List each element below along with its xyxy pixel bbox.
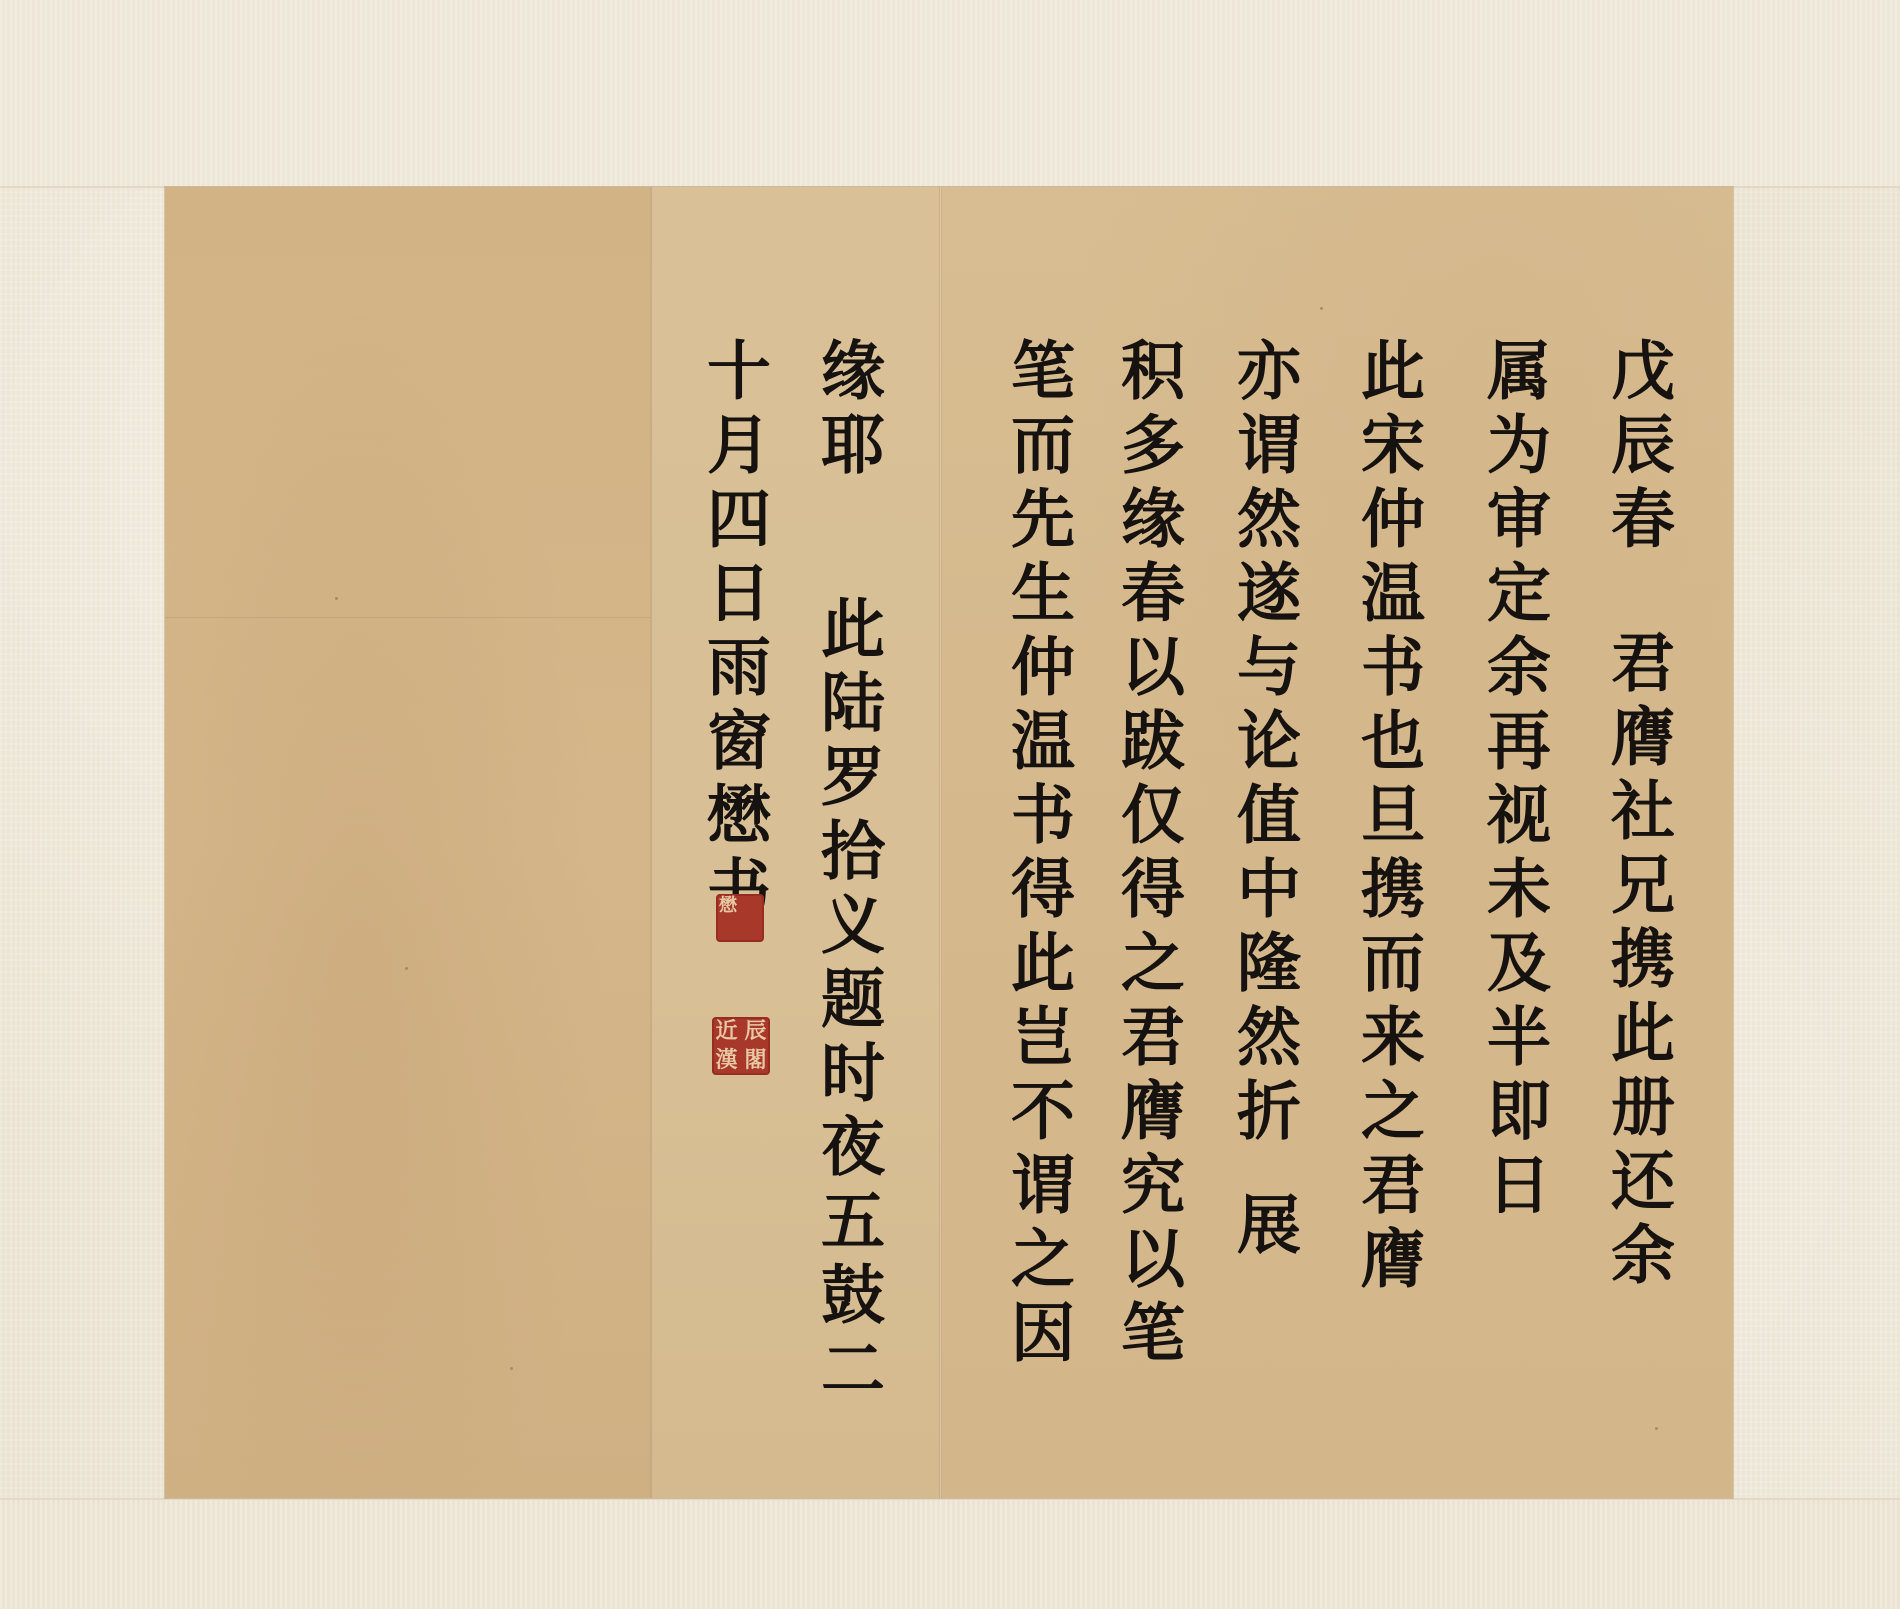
- mount-seam-bottom: [0, 1498, 1900, 1500]
- column-8-segment-date-signature: 十月四日雨窗懋书: [696, 337, 771, 929]
- seal-2-char: 漢: [712, 1046, 741, 1075]
- left-text-panel: [650, 187, 940, 1498]
- seal-2-char: 辰: [741, 1017, 770, 1046]
- seal-2-char: 閣: [741, 1046, 770, 1075]
- column-6-segment: 笔而先生仲温书得此岂不谓之因: [1000, 337, 1075, 1373]
- paper-speck: [335, 597, 338, 600]
- text-column-7: 缘耶此陆罗拾义题时夜五鼓二: [815, 337, 879, 1409]
- text-column-1: 戊辰春君膺社兄携此册还余: [1605, 337, 1669, 1295]
- text-column-5: 积多缘春以跋仅得之君膺究以笔: [1115, 337, 1179, 1373]
- album-leaf-paper: 戊辰春君膺社兄携此册还余 属为审定余再视未及半即日 此宋仲温书也旦携而来之君膺 …: [165, 187, 1733, 1498]
- column-7-segment-start: 缘耶: [810, 337, 885, 485]
- text-column-6: 笔而先生仲温书得此岂不谓之因: [1005, 337, 1069, 1373]
- column-3-segment: 此宋仲温书也旦携而来之君膺: [1350, 337, 1425, 1299]
- column-5-segment: 积多缘春以跋仅得之君膺究以笔: [1110, 337, 1185, 1373]
- column-1-segment-main: 君膺社兄携此册还余: [1600, 629, 1675, 1295]
- artist-seal-2: 近 辰 漢 閣: [712, 1017, 770, 1075]
- paper-speck: [510, 1367, 513, 1370]
- paper-speck: [1655, 1427, 1658, 1430]
- mount-bottom-band: [0, 1498, 1900, 1609]
- center-fold: [939, 187, 942, 1498]
- seal-1-char: 懋: [716, 894, 740, 918]
- text-column-2: 属为审定余再视未及半即日: [1481, 337, 1545, 1225]
- paper-speck: [1320, 307, 1323, 310]
- seal-1-char: [716, 918, 740, 942]
- column-1-segment-date: 戊辰春: [1600, 337, 1675, 559]
- column-4-segment-end: 展: [1226, 1191, 1301, 1265]
- text-column-8: 十月四日雨窗懋书: [701, 337, 765, 929]
- left-blank-panel: [165, 187, 650, 1498]
- panel-seam: [650, 187, 652, 1498]
- column-4-segment-main: 亦谓然遂与论值中隆然折: [1226, 337, 1301, 1151]
- seal-1-char: [740, 918, 764, 942]
- column-7-segment-signature: 此陆罗拾义题时夜五鼓二: [810, 595, 885, 1409]
- paper-crease: [165, 617, 650, 618]
- mount-top-band: [0, 0, 1900, 187]
- artist-seal-1: 懋: [716, 894, 764, 942]
- seal-1-char: [740, 894, 764, 918]
- text-column-4: 亦谓然遂与论值中隆然折展: [1231, 337, 1295, 1265]
- paper-speck: [405, 967, 408, 970]
- column-2-segment: 属为审定余再视未及半即日: [1476, 337, 1551, 1225]
- seal-2-char: 近: [712, 1017, 741, 1046]
- text-column-3: 此宋仲温书也旦携而来之君膺: [1355, 337, 1419, 1299]
